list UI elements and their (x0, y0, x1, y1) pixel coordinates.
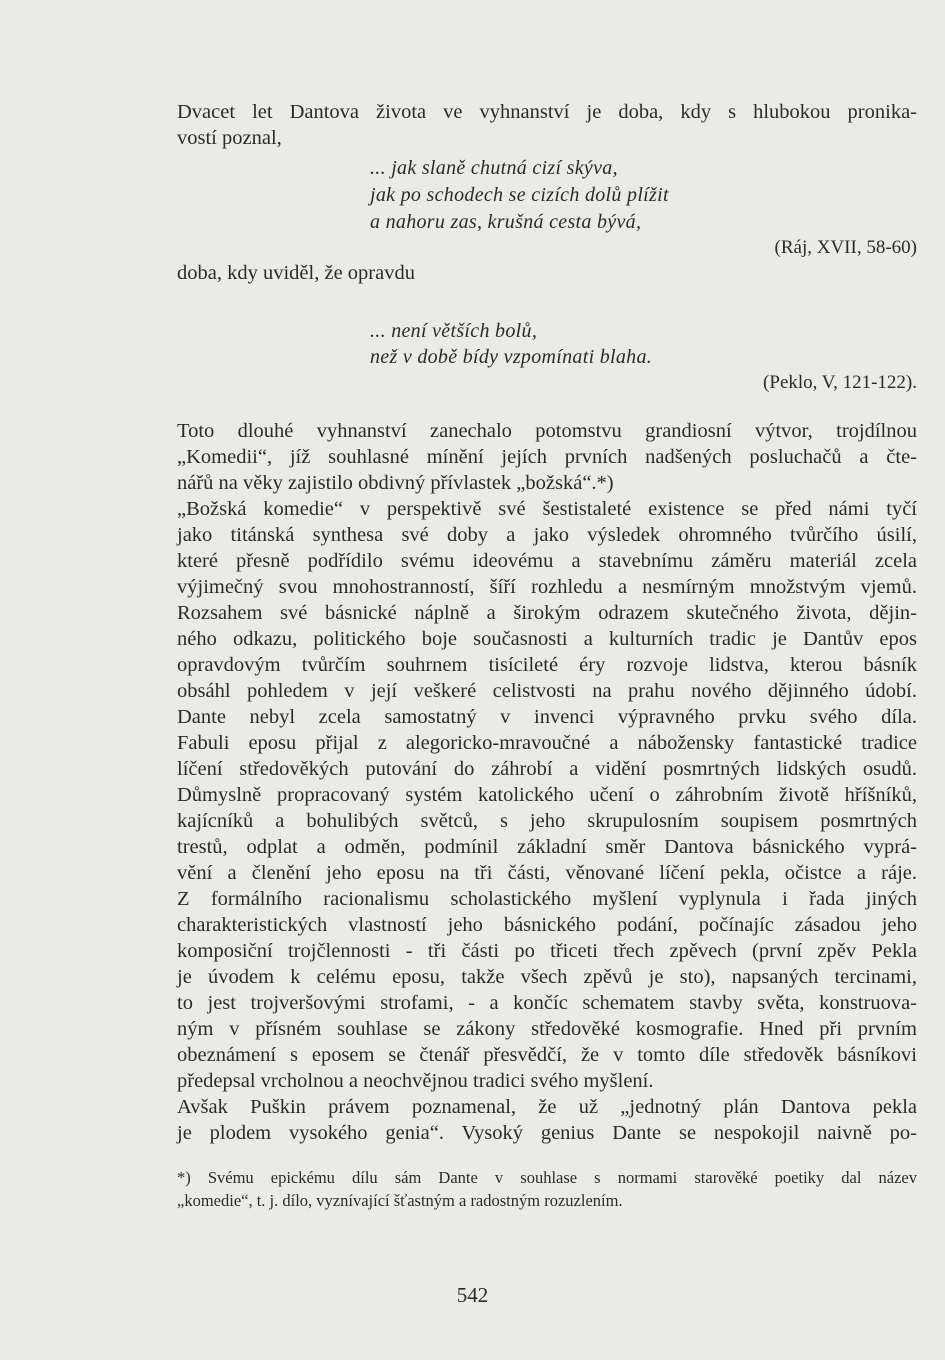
body-line: Z formálního racionalismu scholastického… (177, 886, 917, 912)
body-line: které přesně podřídilo svému ideovému a … (177, 548, 917, 574)
body-line: doba, kdy uviděl, že opravdu (177, 260, 917, 286)
footnote-line: *) Svému epickému dílu sám Dante v souhl… (177, 1167, 917, 1189)
verse-line: než v době bídy vzpomínati blaha. (370, 344, 652, 370)
body-line: líčení středověkých putování do záhrobí … (177, 756, 917, 782)
body-line: obeznámení s eposem se čtenář přesvědčí,… (177, 1042, 917, 1068)
body-line: Toto dlouhé vyhnanství zanechalo potomst… (177, 418, 917, 444)
verse-line: ... jak slaně chutná cizí skýva, (370, 155, 618, 181)
body-line: vostí poznal, (177, 125, 917, 151)
verse-citation: (Peklo, V, 121-122). (763, 370, 917, 396)
page-number: 542 (0, 1283, 945, 1308)
body-line: Rozsahem své básnické náplně a širokým o… (177, 600, 917, 626)
body-line: ným v přísném souhlase se zákony středov… (177, 1016, 917, 1042)
body-line: „Komedii“, jíž souhlasné mínění jejích p… (177, 444, 917, 470)
body-line: komposiční trojčlennosti - tři části po … (177, 938, 917, 964)
body-line: Důmyslně propracovaný systém katolického… (177, 782, 917, 808)
body-line: ného odkazu, politického boje současnost… (177, 626, 917, 652)
verse-line: ... není větších bolů, (370, 318, 537, 344)
body-line: jako titánská synthesa své doby a jako v… (177, 522, 917, 548)
body-line: je plodem vysokého genia“. Vysoký genius… (177, 1120, 917, 1146)
body-line: charakteristických vlastností jeho básni… (177, 912, 917, 938)
verse-line: jak po schodech se cizích dolů plížit (370, 182, 669, 208)
body-line: Fabuli eposu přijal z alegoricko-mravouč… (177, 730, 917, 756)
body-line: předepsal vrcholnou a neochvějnou tradic… (177, 1068, 917, 1094)
body-line: obsáhl pohledem v její veškeré celistvos… (177, 678, 917, 704)
body-line: Dvacet let Dantova života ve vyhnanství … (177, 99, 917, 125)
body-line: „Božská komedie“ v perspektivě své šesti… (177, 496, 917, 522)
book-page: Dvacet let Dantova života ve vyhnanství … (0, 0, 945, 1360)
footnote-line: „komedie“, t. j. dílo, vyznívající šťast… (177, 1190, 917, 1212)
body-line: Dante nebyl zcela samostatný v invenci v… (177, 704, 917, 730)
body-line: vění a členění jeho eposu na tři části, … (177, 860, 917, 886)
body-line: Avšak Puškin právem poznamenal, že už „j… (177, 1094, 917, 1120)
body-line: trestů, odplat a odměn, podmínil základn… (177, 834, 917, 860)
verse-citation: (Ráj, XVII, 58-60) (775, 235, 917, 261)
body-line: kajícníků a bohulibých světců, s jeho sk… (177, 808, 917, 834)
body-line: výjimečný svou mnohostranností, šíří roz… (177, 574, 917, 600)
verse-line: a nahoru zas, krušná cesta bývá, (370, 209, 641, 235)
body-line: nářů na věky zajistilo obdivný přívlaste… (177, 470, 917, 496)
body-line: je úvodem k celému eposu, takže všech zp… (177, 964, 917, 990)
body-line: opravdovým tvůrčím souhrnem tisícileté é… (177, 652, 917, 678)
body-line: to jest trojveršovými strofami, - a konč… (177, 990, 917, 1016)
